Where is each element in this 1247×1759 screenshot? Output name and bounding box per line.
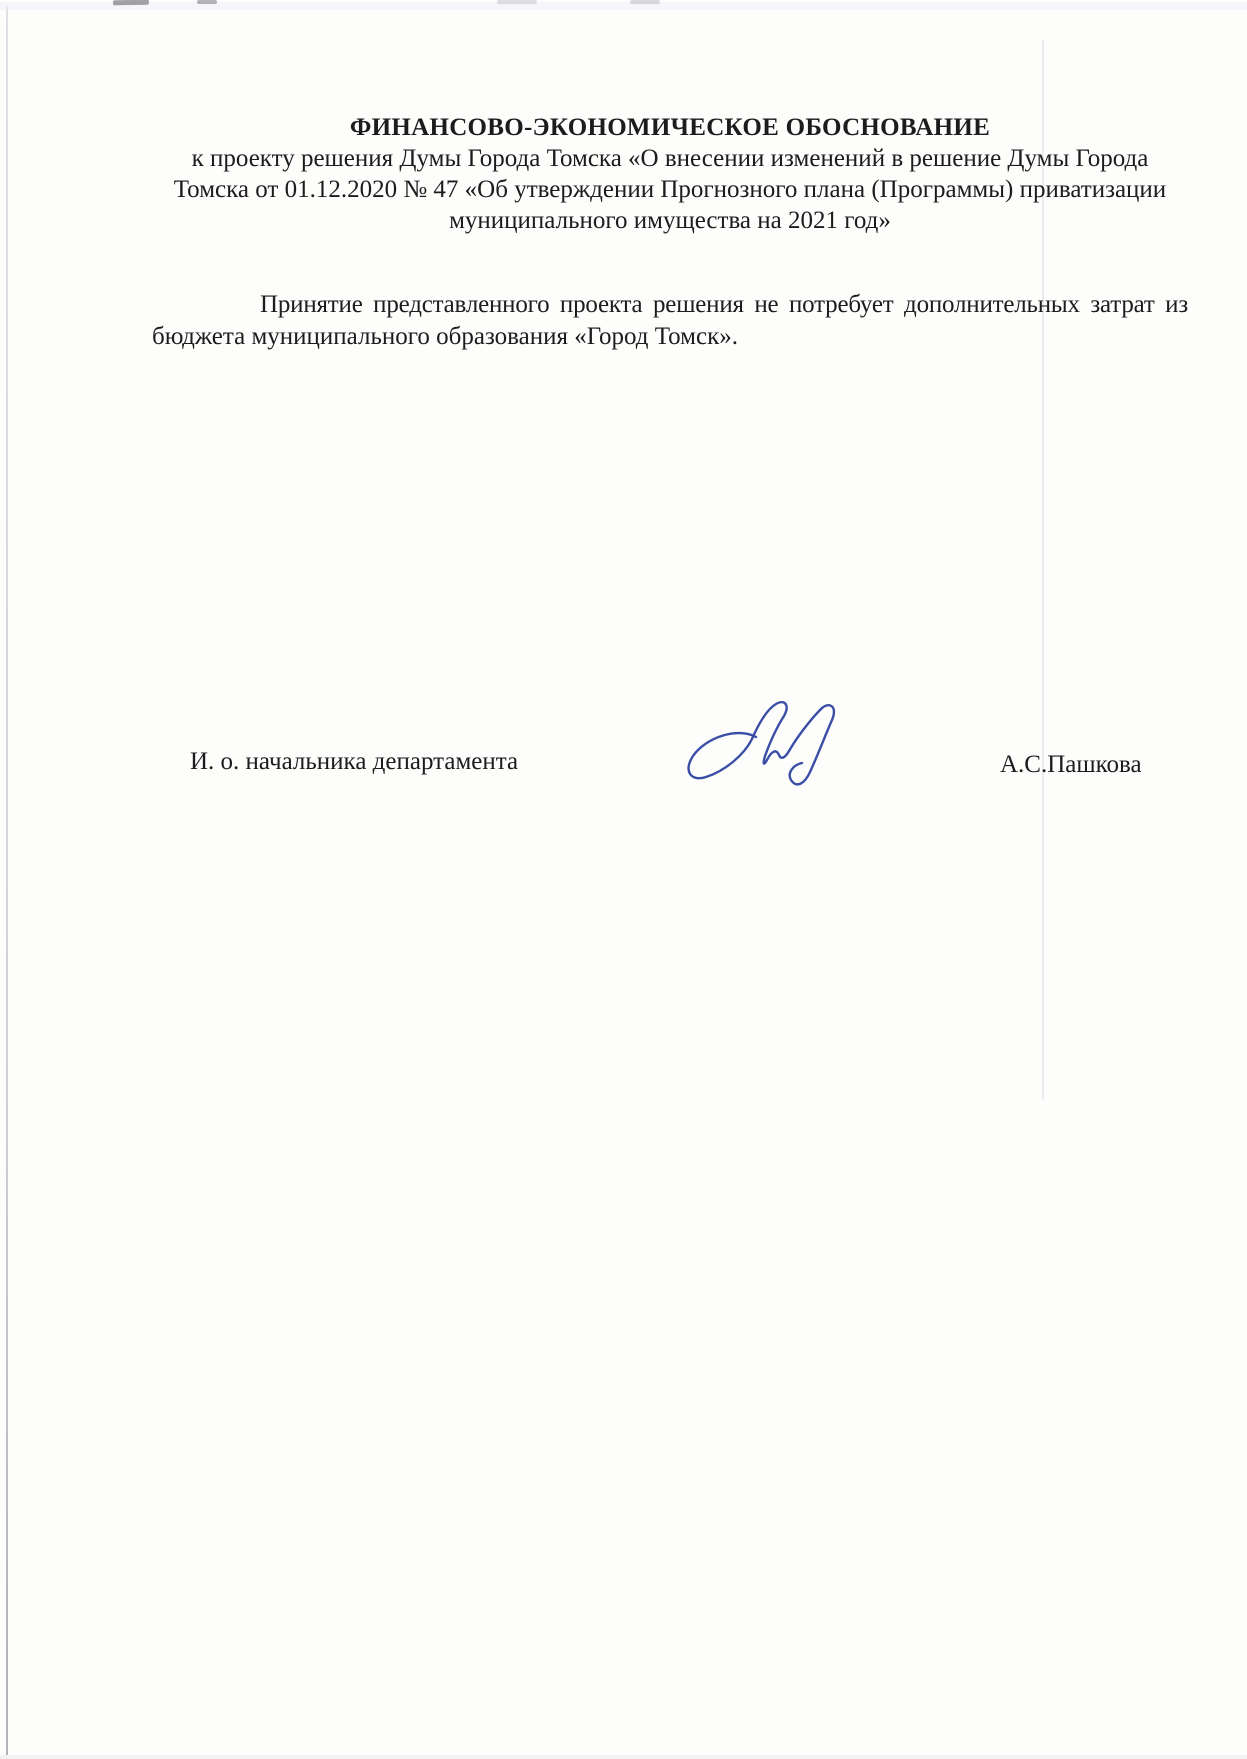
body-paragraph: Принятие представленного проекта решения… [152,289,1188,353]
signer-name: А.С.Пашкова [1000,751,1142,779]
scan-smudge-artifact [497,0,537,4]
document-subtitle-line-3: муниципального имущества на 2021 год» [90,205,1247,236]
scan-bottom-band-artifact [0,1755,1247,1759]
signature-strokes [689,702,834,784]
document-subtitle-line-2: Томска от 01.12.2020 № 47 «Об утверждени… [90,174,1247,205]
scan-top-band-artifact [0,2,1247,10]
handwritten-signature-icon [676,693,848,807]
document-subtitle-line-1: к проекту решения Думы Города Томска «О … [90,143,1247,174]
body-paragraph-line-1: Принятие представленного проекта решения… [152,289,1188,321]
scan-smudge-artifact [630,0,660,4]
scan-smudge-artifact [113,0,149,5]
document-heading: ФИНАНСОВО-ЭКОНОМИЧЕСКОЕ ОБОСНОВАНИЕ к пр… [90,112,1247,236]
scan-left-edge-artifact [6,6,8,1755]
signer-position-label: И. о. начальника департамента [190,748,518,776]
body-paragraph-line-2: бюджета муниципального образования «Горо… [152,321,1188,353]
document-title: ФИНАНСОВО-ЭКОНОМИЧЕСКОЕ ОБОСНОВАНИЕ [90,112,1247,143]
scan-smudge-artifact [197,0,217,4]
document-page: ФИНАНСОВО-ЭКОНОМИЧЕСКОЕ ОБОСНОВАНИЕ к пр… [0,0,1247,1759]
